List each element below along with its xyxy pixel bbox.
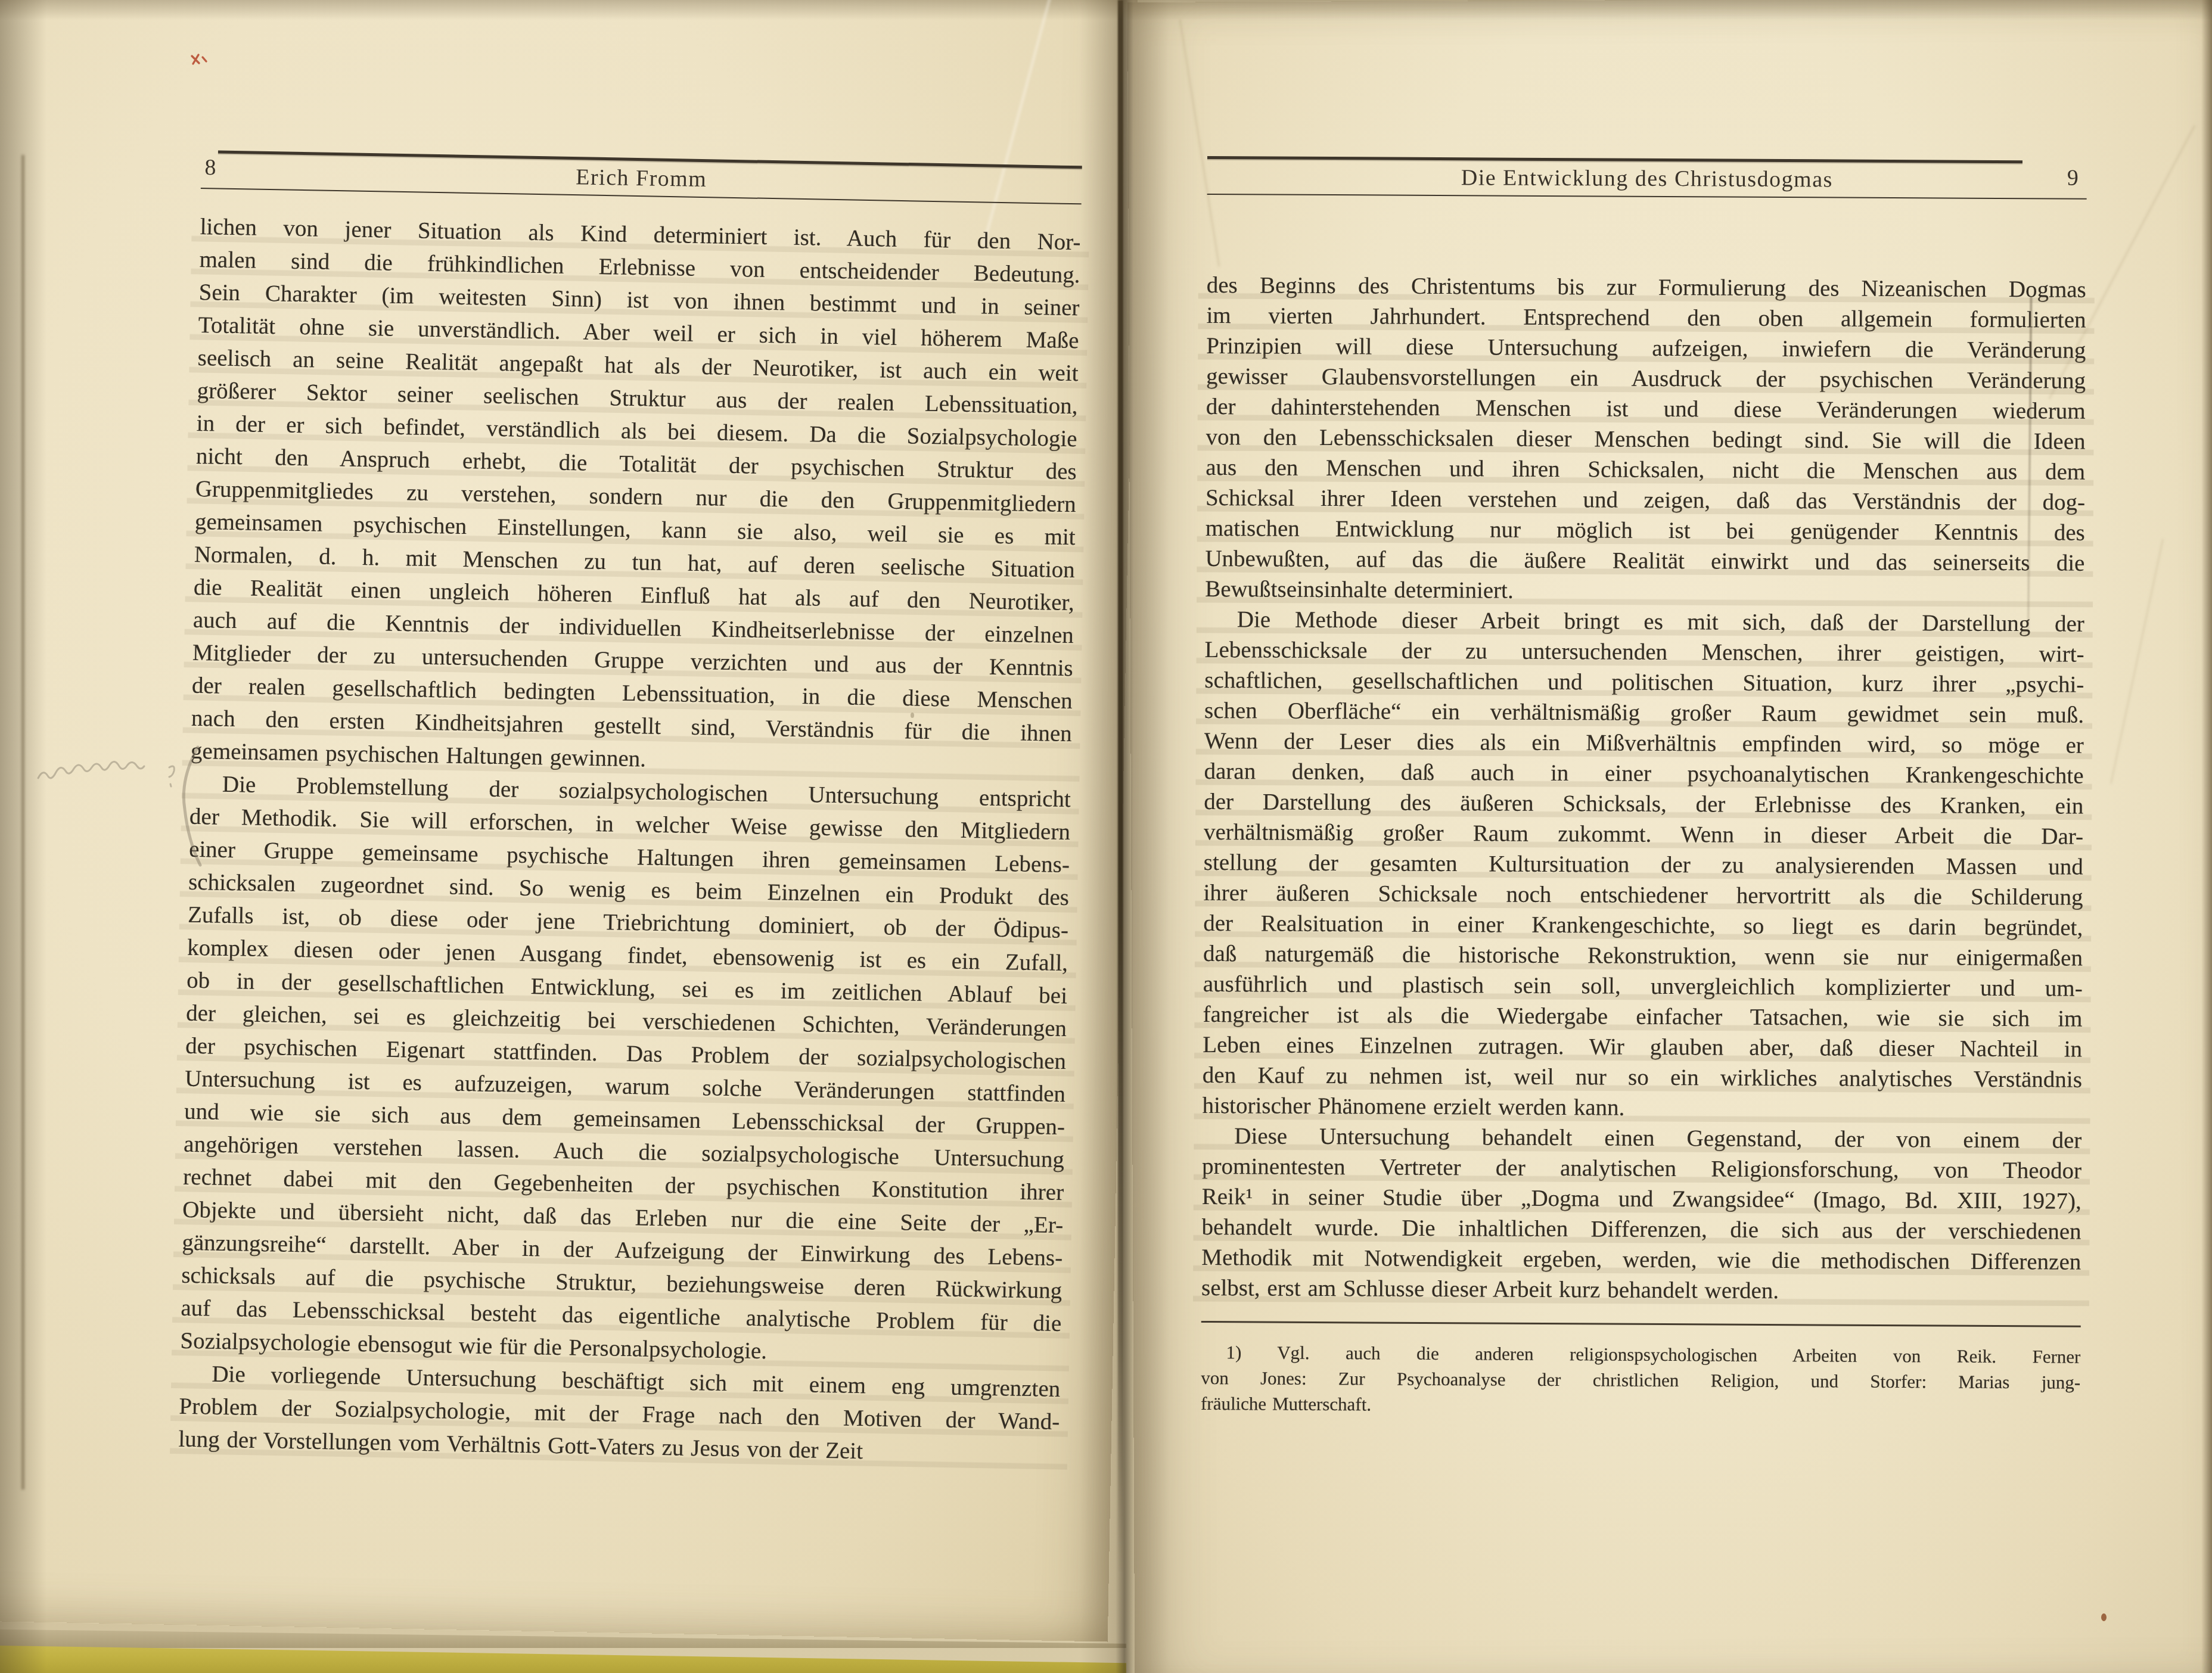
text-line: Die Methode dieser Arbeit bringt es mit … <box>1205 604 2084 639</box>
text-line: im vierten Jahrhundert. Entsprechend den… <box>1206 300 2086 335</box>
text-line: der Darstellung des äußeren Schicksals, … <box>1204 786 2083 822</box>
text-line: der Realsituation in einer Krankengeschi… <box>1203 908 2083 943</box>
text-line: daran denken, daß auch in einer psychoan… <box>1204 756 2083 791</box>
text-line: aus den Menschen und ihren Schicksalen, … <box>1206 452 2085 487</box>
gutter-shadow <box>1080 0 1169 1673</box>
text-line: ausführlich und plastisch sein soll, unv… <box>1203 969 2083 1004</box>
gutter-fold-line <box>1118 0 1123 1573</box>
paragraph: des Beginns des Christentums bis zur For… <box>1205 270 2086 609</box>
text-line: behandelt wurde. Die inhaltlichen Differ… <box>1201 1212 2081 1247</box>
pencil-margin-bracket <box>176 744 203 869</box>
text-line: prominentesten Vertreter der analytische… <box>1202 1151 2081 1186</box>
left-page: 8 Erich Fromm lichen von jener Situation… <box>178 150 1082 1471</box>
running-header-right: Die Entwicklung des Christusdogmas <box>1461 164 1833 192</box>
text-line: Wenn der Leser dies als ein Mißverhältni… <box>1204 726 2084 761</box>
paragraph: Die vorliegende Untersuchung beschäftigt… <box>178 1357 1061 1471</box>
page-edge-line <box>21 155 24 1489</box>
text-line: fangreicher ist als die Wiedergabe einfa… <box>1203 999 2082 1034</box>
text-line: Diese Untersuchung behandelt einen Gegen… <box>1202 1121 2081 1156</box>
right-page: Die Entwicklung des Christusdogmas 9 des… <box>1201 156 2087 1421</box>
right-edge-line <box>2201 0 2212 1673</box>
text-line: den Kauf zu nehmen ist, weil nur so ein … <box>1203 1060 2082 1095</box>
page-number-right: 9 <box>2067 165 2079 191</box>
text-line: Leben eines Einzelnen zutragen. Wir glau… <box>1203 1030 2082 1065</box>
text-line: historischer Phänomene erzielt werden ka… <box>1203 1090 2082 1125</box>
text-line: matischen Entwicklung nur möglich ist be… <box>1206 513 2085 548</box>
top-edge-shadow <box>0 0 2212 20</box>
paragraph: Die Problemstellung der sozialpsychologi… <box>180 767 1071 1373</box>
paragraph: Die Methode dieser Arbeit bringt es mit … <box>1203 604 2085 1125</box>
running-header-row-right: Die Entwicklung des Christusdogmas 9 <box>1207 159 2087 198</box>
red-ink-mark <box>189 51 210 68</box>
footnote-rule <box>1201 1321 2081 1327</box>
text-line: schen Oberfläche“ ein verhältnismäßig gr… <box>1204 695 2084 730</box>
text-line: Lebensschicksale der zu untersuchenden M… <box>1205 635 2084 670</box>
text-line: Methodik mit Notwendigkeit ergeben, werd… <box>1201 1242 2081 1277</box>
text-line: Prinzipien will diese Untersuchung aufze… <box>1206 331 2086 366</box>
text-line: gewisser Glaubensvorstellungen ein Ausdr… <box>1206 361 2086 396</box>
paper-speck <box>911 713 914 718</box>
text-line: selbst, erst am Schlusse dieser Arbeit k… <box>1201 1273 2081 1308</box>
text-line: Bewußtseinsinhalte determiniert. <box>1205 574 2084 609</box>
page-number-left: 8 <box>204 154 216 181</box>
text-line: Unbewußten, auf das die äußere Realität … <box>1205 543 2084 579</box>
paragraph: 1) Vgl. auch die anderen religionspsycho… <box>1201 1339 2081 1421</box>
paper-speck <box>2101 1613 2107 1621</box>
text-line: stellung der gesamten Kultursituation de… <box>1204 847 2083 882</box>
text-line: ihrer äußeren Schicksale noch entschiede… <box>1203 878 2083 913</box>
text-line: des Beginns des Christentums bis zur For… <box>1207 270 2086 305</box>
running-header-left: Erich Fromm <box>576 164 707 192</box>
footnote-text: 1) Vgl. auch die anderen religionspsycho… <box>1201 1339 2081 1421</box>
text-line: verhältnismäßig großer Raum zukommt. Wen… <box>1204 817 2083 852</box>
text-line: der dahinterstehenden Menschen ist und d… <box>1206 391 2086 427</box>
text-line: von Jones: Zur Psychoanalyse der christl… <box>1201 1365 2080 1395</box>
paragraph: Diese Untersuchung behandelt einen Gegen… <box>1201 1121 2082 1308</box>
right-page-text: des Beginns des Christentums bis zur For… <box>1201 270 2086 1308</box>
scanned-book-spread: 8 Erich Fromm lichen von jener Situation… <box>0 0 2212 1673</box>
text-line: Reik¹ in seiner Studie über „Dogma und Z… <box>1202 1181 2081 1217</box>
text-line: fräuliche Mutterschaft. <box>1201 1391 2080 1421</box>
text-line: daß naturgemäß die historische Rekonstru… <box>1203 938 2083 974</box>
pencil-margin-annotation-icon <box>31 750 192 797</box>
text-line: 1) Vgl. auch die anderen religionspsycho… <box>1201 1339 2080 1370</box>
text-line: Schicksal ihrer Ideen verstehen und zeig… <box>1206 483 2085 518</box>
paragraph: lichen von jener Situation als Kind dete… <box>191 210 1081 783</box>
text-line: von den Lebensschicksalen dieser Mensche… <box>1206 422 2085 457</box>
left-page-text: lichen von jener Situation als Kind dete… <box>178 210 1081 1471</box>
text-line: schaftlichen, gesellschaftlichen und pol… <box>1204 665 2084 700</box>
